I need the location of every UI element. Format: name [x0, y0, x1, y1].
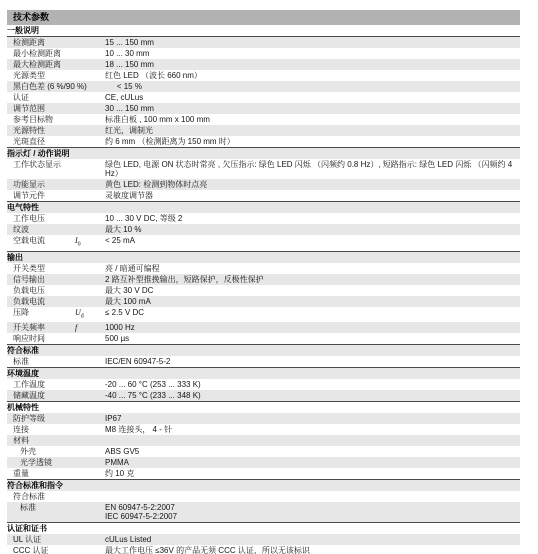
- spec-value: 30 ... 150 mm: [105, 104, 520, 113]
- spec-value: 绿色 LED, 电源 ON 状态时常亮 , 欠压指示: 绿色 LED 闪烁 （闪…: [105, 160, 520, 178]
- spec-label: 黑白色差 (6 %/90 %): [13, 82, 87, 91]
- spec-row: UL 认证cULus Listed: [7, 534, 520, 545]
- spec-row: 参考目标物标准白板 , 100 mm x 100 mm: [7, 114, 520, 125]
- spec-value: EN 60947-5-2:2007IEC 60947-5-2:2007: [105, 503, 520, 521]
- spec-row: 开关频率f1000 Hz: [7, 322, 520, 333]
- spec-label: 调节元件: [13, 191, 75, 200]
- spec-symbol: f: [75, 323, 105, 332]
- spec-value: 标准白板 , 100 mm x 100 mm: [105, 115, 520, 124]
- spec-sheet: 技术参数 一般说明检测距离15 ... 150 mm最小检测距离10 ... 3…: [0, 0, 538, 554]
- spec-label: 负载电压: [13, 286, 75, 295]
- spec-row: 功能显示黄色 LED: 检测到物体时点亮: [7, 179, 520, 190]
- spec-value: 15 ... 150 mm: [105, 38, 520, 47]
- spec-label: 信号输出: [13, 275, 75, 284]
- spec-value: < 25 mA: [105, 236, 520, 245]
- section-8: 认证和证书UL 认证cULus ListedCCC 认证最大工作电压 ≤36V …: [7, 522, 520, 554]
- spec-label: 响应时间: [13, 334, 75, 343]
- spec-row: 光源特性红光，调制光: [7, 125, 520, 136]
- spec-value: 最大 30 V DC: [105, 286, 520, 295]
- spec-label: UL 认证: [13, 535, 75, 544]
- sections: 一般说明检测距离15 ... 150 mm最小检测距离10 ... 30 mm最…: [7, 25, 520, 554]
- spec-label: 最小检测距离: [13, 49, 75, 58]
- spec-row: 认证CE, cULus: [7, 92, 520, 103]
- spec-row: 符合标准: [7, 491, 520, 502]
- section-header: 符合标准: [7, 344, 520, 356]
- spec-symbol: I0: [75, 236, 105, 250]
- spec-row: 光源类型红色 LED （波长 660 nm）: [7, 70, 520, 81]
- spec-row: 防护等级IP67: [7, 413, 520, 424]
- spec-label: 调节范围: [13, 104, 75, 113]
- spec-value: 最大 10 %: [105, 225, 520, 234]
- spec-row: 材料: [7, 435, 520, 446]
- spec-label: 材料: [13, 436, 75, 445]
- spec-row: 外壳ABS GV5: [7, 446, 520, 457]
- section-header: 机械特性: [7, 401, 520, 413]
- spec-label: 重量: [13, 469, 75, 478]
- section-header: 符合标准和指令: [7, 479, 520, 491]
- spec-label: 工作温度: [13, 380, 75, 389]
- spec-label: 纹波: [13, 225, 75, 234]
- spec-label: 开关类型: [13, 264, 75, 273]
- spec-row: 信号输出2 路互补型推挽输出，短路保护，反极性保护: [7, 274, 520, 285]
- spec-label: 压降: [13, 308, 75, 317]
- spec-label: 储藏温度: [13, 391, 75, 400]
- spec-label: 负载电流: [13, 297, 75, 306]
- spec-value: 18 ... 150 mm: [105, 60, 520, 69]
- section-0: 一般说明检测距离15 ... 150 mm最小检测距离10 ... 30 mm最…: [7, 25, 520, 147]
- spec-row: 储藏温度-40 ... 75 °C (233 ... 348 K): [7, 390, 520, 401]
- section-2: 电气特性工作电压10 ... 30 V DC, 等级 2纹波最大 10 %空载电…: [7, 201, 520, 251]
- spec-row: 调节元件灵敏度调节器: [7, 190, 520, 201]
- section-6: 机械特性防护等级IP67连接M8 连接头， 4 - 针材料外壳ABS GV5光学…: [7, 401, 520, 479]
- section-4: 符合标准标准IEC/EN 60947-5-2: [7, 344, 520, 367]
- spec-row: 最大检测距离18 ... 150 mm: [7, 59, 520, 70]
- spec-row: 连接M8 连接头， 4 - 针: [7, 424, 520, 435]
- spec-label: 标准: [13, 357, 75, 366]
- spec-row: 开关类型亮 / 暗通可编程: [7, 263, 520, 274]
- spec-row: 调节范围30 ... 150 mm: [7, 103, 520, 114]
- spec-label: 参考目标物: [13, 115, 75, 124]
- spec-row: 光斑直径约 6 mm （检测距离为 150 mm 时）: [7, 136, 520, 147]
- spec-value: -40 ... 75 °C (233 ... 348 K): [105, 391, 520, 400]
- spec-row: 光学透镜PMMA: [7, 457, 520, 468]
- section-header: 输出: [7, 251, 520, 263]
- spec-value: ≤ 2.5 V DC: [105, 308, 520, 317]
- spec-label: 外壳: [20, 447, 75, 456]
- spec-value: CE, cULus: [105, 93, 520, 102]
- spec-label: 光斑直径: [13, 137, 75, 146]
- spec-label: 符合标准: [13, 492, 75, 501]
- section-1: 指示灯 / 动作说明工作状态显示绿色 LED, 电源 ON 状态时常亮 , 欠压…: [7, 147, 520, 201]
- spec-label: 光源类型: [13, 71, 75, 80]
- spec-label: 最大检测距离: [13, 60, 75, 69]
- spec-value: 最大 100 mA: [105, 297, 520, 306]
- spec-label: 标准: [20, 503, 75, 512]
- spec-label: 开关频率: [13, 323, 75, 332]
- spec-value: IEC/EN 60947-5-2: [105, 357, 520, 366]
- spec-label: 工作电压: [13, 214, 75, 223]
- spec-value: 2 路互补型推挽输出，短路保护，反极性保护: [105, 275, 520, 284]
- spec-symbol: Ud: [75, 308, 105, 322]
- spec-row: 标准EN 60947-5-2:2007IEC 60947-5-2:2007: [7, 502, 520, 522]
- spec-value: IP67: [105, 414, 520, 423]
- section-7: 符合标准和指令符合标准标准EN 60947-5-2:2007IEC 60947-…: [7, 479, 520, 522]
- spec-label: 防护等级: [13, 414, 75, 423]
- spec-row: 标准IEC/EN 60947-5-2: [7, 356, 520, 367]
- spec-value: cULus Listed: [105, 535, 520, 544]
- spec-label: 光源特性: [13, 126, 75, 135]
- spec-value: M8 连接头， 4 - 针: [105, 425, 520, 434]
- spec-row: 工作温度-20 ... 60 °C (253 ... 333 K): [7, 379, 520, 390]
- spec-value: < 15 %: [117, 82, 520, 91]
- spec-value: 1000 Hz: [105, 323, 520, 332]
- spec-row: 负载电压最大 30 V DC: [7, 285, 520, 296]
- spec-row: 最小检测距离10 ... 30 mm: [7, 48, 520, 59]
- spec-row: CCC 认证最大工作电压 ≤36V 的产品无须 CCC 认证，所以无该标识: [7, 545, 520, 554]
- section-header: 环境温度: [7, 367, 520, 379]
- spec-value: ABS GV5: [105, 447, 520, 456]
- spec-value: 红色 LED （波长 660 nm）: [105, 71, 520, 80]
- spec-value: 约 6 mm （检测距离为 150 mm 时）: [105, 137, 520, 146]
- spec-row: 负载电流最大 100 mA: [7, 296, 520, 307]
- spec-label: 检测距离: [13, 38, 75, 47]
- spec-row: 黑白色差 (6 %/90 %)< 15 %: [7, 81, 520, 92]
- section-header: 认证和证书: [7, 522, 520, 534]
- spec-value: 10 ... 30 V DC, 等级 2: [105, 214, 520, 223]
- section-header: 指示灯 / 动作说明: [7, 147, 520, 159]
- spec-value: 黄色 LED: 检测到物体时点亮: [105, 180, 520, 189]
- spec-label: 工作状态显示: [13, 160, 75, 169]
- spec-value: 500 µs: [105, 334, 520, 343]
- spec-value: 红光，调制光: [105, 126, 520, 135]
- section-5: 环境温度工作温度-20 ... 60 °C (253 ... 333 K)储藏温…: [7, 367, 520, 401]
- spec-label: 光学透镜: [20, 458, 75, 467]
- section-header: 电气特性: [7, 201, 520, 213]
- spec-row: 空载电流I0< 25 mA: [7, 235, 520, 251]
- spec-value: 灵敏度调节器: [105, 191, 520, 200]
- spec-value: 10 ... 30 mm: [105, 49, 520, 58]
- spec-label: 空载电流: [13, 236, 75, 245]
- spec-row: 工作状态显示绿色 LED, 电源 ON 状态时常亮 , 欠压指示: 绿色 LED…: [7, 159, 520, 179]
- spec-label: CCC 认证: [13, 546, 75, 554]
- spec-label: 认证: [13, 93, 75, 102]
- spec-value: 亮 / 暗通可编程: [105, 264, 520, 273]
- spec-value: 最大工作电压 ≤36V 的产品无须 CCC 认证，所以无该标识: [105, 546, 520, 554]
- spec-label: 连接: [13, 425, 75, 434]
- spec-value: 约 10 克: [105, 469, 520, 478]
- spec-row: 重量约 10 克: [7, 468, 520, 479]
- spec-value: PMMA: [105, 458, 520, 467]
- section-header: 一般说明: [7, 25, 520, 37]
- spec-row: 纹波最大 10 %: [7, 224, 520, 235]
- spec-row: 响应时间500 µs: [7, 333, 520, 344]
- spec-row: 压降Ud≤ 2.5 V DC: [7, 307, 520, 323]
- spec-value: -20 ... 60 °C (253 ... 333 K): [105, 380, 520, 389]
- spec-label: 功能显示: [13, 180, 75, 189]
- spec-row: 工作电压10 ... 30 V DC, 等级 2: [7, 213, 520, 224]
- spec-row: 检测距离15 ... 150 mm: [7, 37, 520, 48]
- page-title: 技术参数: [7, 10, 520, 25]
- section-3: 输出开关类型亮 / 暗通可编程信号输出2 路互补型推挽输出，短路保护，反极性保护…: [7, 251, 520, 345]
